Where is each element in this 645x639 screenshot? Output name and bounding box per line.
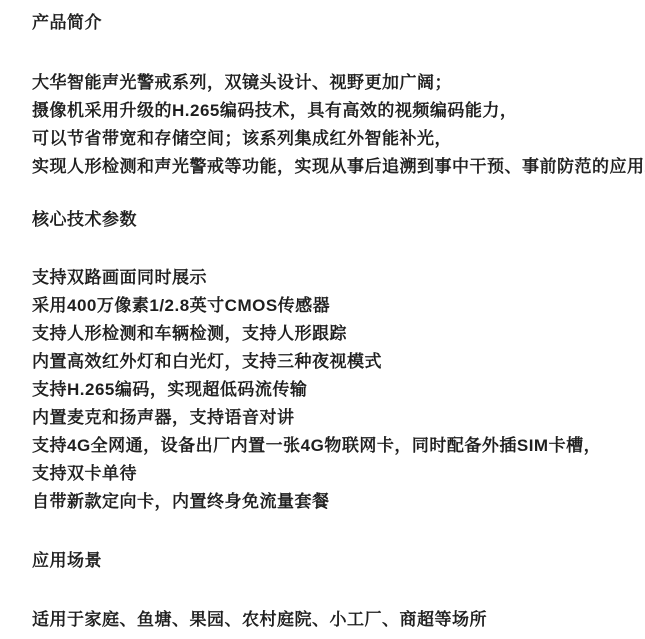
document-body: 产品简介 大华智能声光警戒系列，双镜头设计、视野更加广阔； 摄像机采用升级的H.… bbox=[0, 0, 645, 634]
spec-line-3: 支持人形检测和车辆检测，支持人形跟踪 bbox=[32, 320, 631, 348]
intro-line-2: 摄像机采用升级的H.265编码技术，具有高效的视频编码能力， bbox=[32, 97, 631, 125]
spec-line-5: 支持H.265编码，实现超低码流传输 bbox=[32, 376, 631, 404]
spec-line-6: 内置麦克和扬声器，支持语音对讲 bbox=[32, 404, 631, 432]
intro-line-4: 实现人形检测和声光警戒等功能，实现从事后追溯到事中干预、事前防范的应用。 bbox=[32, 153, 631, 181]
spec-line-4: 内置高效红外灯和白光灯，支持三种夜视模式 bbox=[32, 348, 631, 376]
spec-line-2: 采用400万像素1/2.8英寸CMOS传感器 bbox=[32, 292, 631, 320]
section-heading-product-intro: 产品简介 bbox=[32, 9, 631, 37]
spec-line-7: 支持4G全网通，设备出厂内置一张4G物联网卡，同时配备外插SIM卡槽， bbox=[32, 432, 631, 460]
section-heading-core-specs: 核心技术参数 bbox=[32, 206, 631, 234]
spec-line-9: 自带新款定向卡，内置终身免流量套餐 bbox=[32, 488, 631, 516]
spec-line-8: 支持双卡单待 bbox=[32, 460, 631, 488]
section-heading-application-scenarios: 应用场景 bbox=[32, 547, 631, 575]
spec-line-1: 支持双路画面同时展示 bbox=[32, 264, 631, 292]
intro-line-3: 可以节省带宽和存储空间；该系列集成红外智能补光， bbox=[32, 125, 631, 153]
product-description-page: 产品简介 大华智能声光警戒系列，双镜头设计、视野更加广阔； 摄像机采用升级的H.… bbox=[0, 0, 645, 639]
intro-line-1: 大华智能声光警戒系列，双镜头设计、视野更加广阔； bbox=[32, 69, 631, 97]
application-line-1: 适用于家庭、鱼塘、果园、农村庭院、小工厂、商超等场所 bbox=[32, 606, 631, 634]
